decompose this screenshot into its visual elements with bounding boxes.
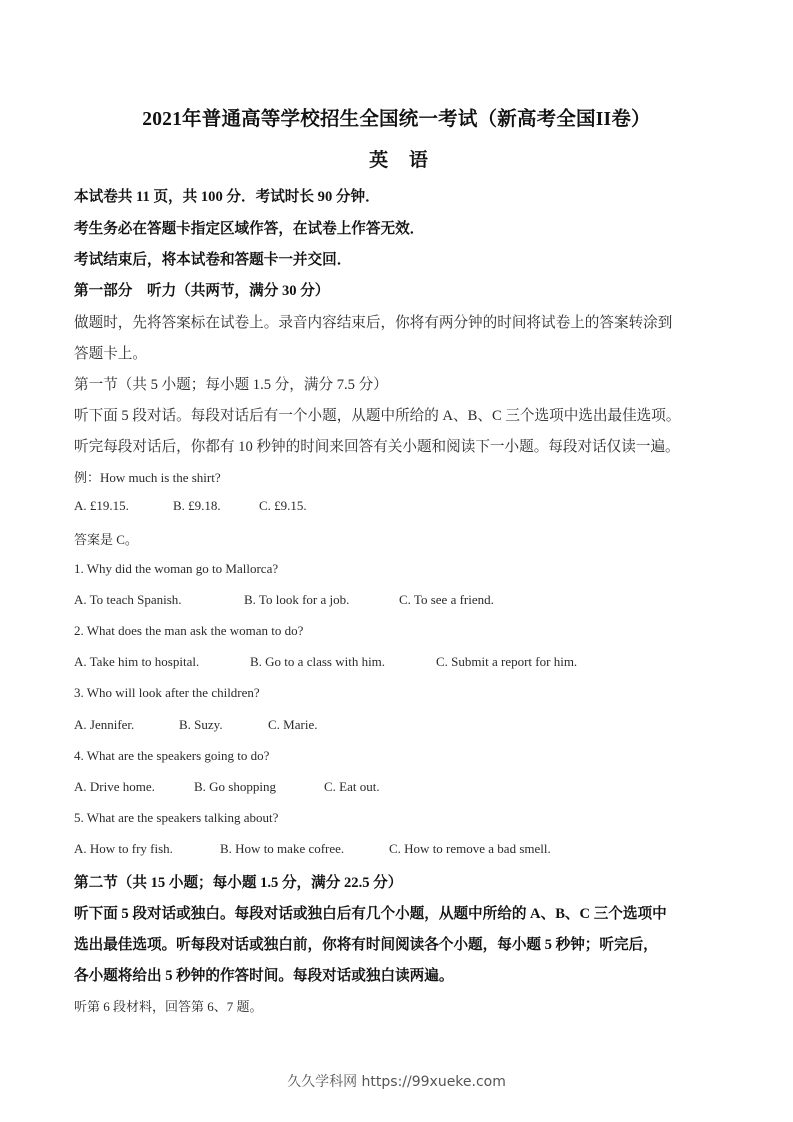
example-option-c: C. £9.15. [259,498,307,514]
example-option-a: A. £19.15. [74,498,129,514]
example-question: 例：How much is the shirt? [74,467,221,486]
example-option-b: B. £9.18. [173,498,221,514]
part1-intro-line2: 答题卡上。 [74,342,147,363]
q1-option-b: B. To look for a job. [244,592,349,608]
subject-title: 英 语 [0,145,793,172]
q3-option-b: B. Suzy. [179,717,223,733]
question-3: 3. Who will look after the children? [74,685,260,701]
section1-directions-line1: 听下面 5 段对话。每段对话后有一个小题，从题中所给的 A、B、C 三个选项中选… [74,404,680,425]
section1-directions-line2: 听完每段对话后，你都有 10 秒钟的时间来回答有关小题和阅读下一小题。每段对话仅… [74,435,680,456]
question-1: 1. Why did the woman go to Mallorca? [74,561,278,577]
question-5: 5. What are the speakers talking about? [74,810,278,826]
exam-title: 2021年普通高等学校招生全国统一考试（新高考全国II卷） [0,103,793,131]
instruction-3: 考试结束后，将本试卷和答题卡一并交回． [74,248,351,269]
q4-option-a: A. Drive home. [74,779,155,795]
q2-option-b: B. Go to a class with him. [250,654,385,670]
q5-option-c: C. How to remove a bad smell. [389,841,551,857]
section2-directions-line1: 听下面 5 段对话或独白。每段对话或独白后有几个小题，从题中所给的 A、B、C … [74,902,667,923]
q4-option-b: B. Go shopping [194,779,276,795]
question-2: 2. What does the man ask the woman to do… [74,623,303,639]
q5-option-a: A. How to fry fish. [74,841,173,857]
exam-page: 2021年普通高等学校招生全国统一考试（新高考全国II卷） 英 语 本试卷共 1… [0,0,793,1122]
q2-option-c: C. Submit a report for him. [436,654,577,670]
material-note: 听第 6 段材料，回答第 6、7 题。 [74,996,263,1015]
instruction-2: 考生务必在答题卡指定区域作答，在试卷上作答无效． [74,217,424,238]
q4-option-c: C. Eat out. [324,779,380,795]
part1-intro-line1: 做题时，先将答案标在试卷上。录音内容结束后，你将有两分钟的时间将试卷上的答案转涂… [74,311,672,332]
section2-heading: 第二节（共 15 小题；每小题 1.5 分，满分 22.5 分） [74,871,402,892]
part1-heading: 第一部分 听力（共两节，满分 30 分） [74,279,329,300]
instruction-1: 本试卷共 11 页，共 100 分．考试时长 90 分钟． [74,185,380,206]
section2-directions-line2: 选出最佳选项。听每段对话或独白前，你将有时间阅读各个小题，每小题 5 秒钟；听完… [74,933,658,954]
q1-option-a: A. To teach Spanish. [74,592,182,608]
q3-option-a: A. Jennifer. [74,717,134,733]
example-answer: 答案是 C。 [74,529,138,548]
q3-option-c: C. Marie. [268,717,317,733]
q5-option-b: B. How to make cofree. [220,841,344,857]
section1-heading: 第一节（共 5 小题；每小题 1.5 分，满分 7.5 分） [74,373,388,394]
watermark-footer: 久久学科网 https://99xueke.com [0,1071,793,1091]
q1-option-c: C. To see a friend. [399,592,494,608]
question-4: 4. What are the speakers going to do? [74,748,269,764]
section2-directions-line3: 各小题将给出 5 秒钟的作答时间。每段对话或独白读两遍。 [74,964,453,985]
q2-option-a: A. Take him to hospital. [74,654,199,670]
